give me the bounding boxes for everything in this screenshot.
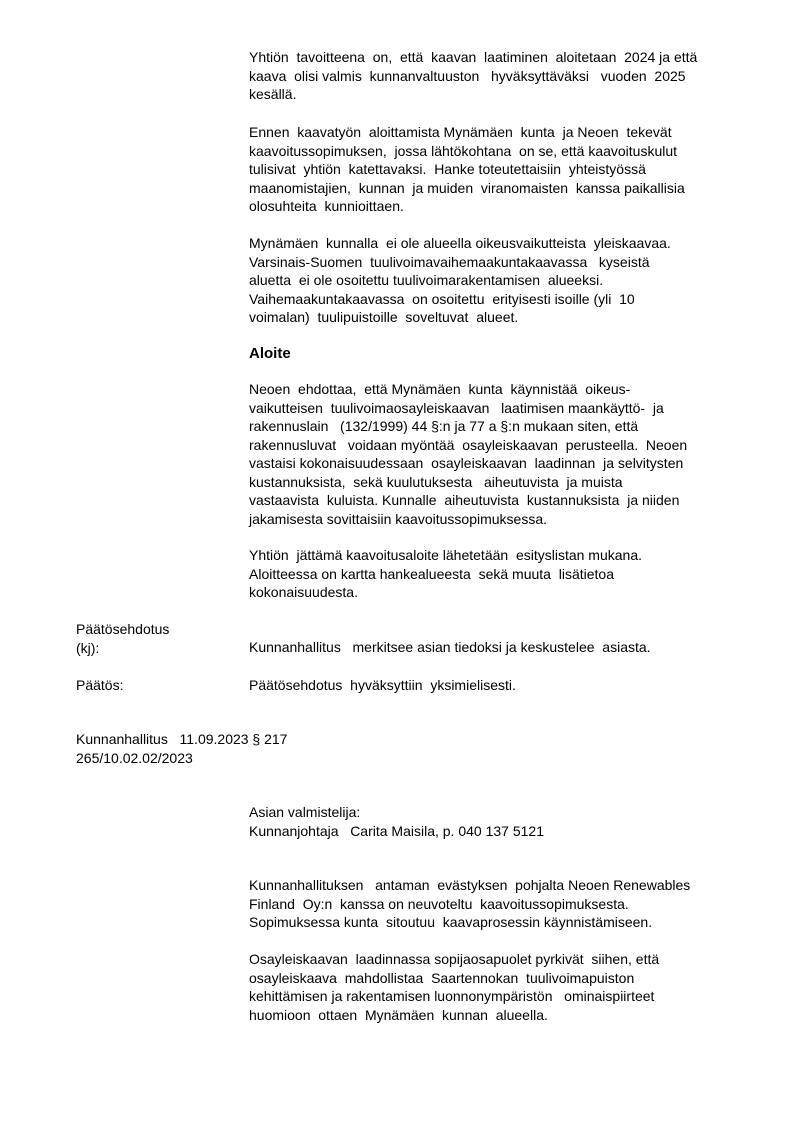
text-line: vastaisi kokonaisuudessaan osayleiskaava… bbox=[249, 454, 749, 473]
text-line: Finland Oy:n kanssa on neuvoteltu kaavoi… bbox=[249, 895, 749, 914]
paragraph-attachment: Yhtiön jättämä kaavoitusaloite lähetetää… bbox=[249, 546, 749, 602]
text-line: jakamisesta sovittaisiin kaavoitussopimu… bbox=[249, 510, 749, 529]
text-line: Yhtiön tavoitteena on, että kaavan laati… bbox=[249, 48, 749, 67]
decision-proposal-label: Päätösehdotus (kj): bbox=[76, 620, 169, 657]
decision-value: Päätösehdotus hyväksyttiin yksimielisest… bbox=[249, 676, 516, 695]
text-line: osayleiskaava mahdollistaa Saartennokan … bbox=[249, 969, 749, 988]
text-line: Neoen ehdottaa, että Mynämäen kunta käyn… bbox=[249, 380, 749, 399]
text-line: kaava olisi valmis kunnanvaltuuston hyvä… bbox=[249, 67, 749, 86]
text-line: Mynämäen kunnalla ei ole alueella oikeus… bbox=[249, 234, 749, 253]
label-line: (kj): bbox=[76, 639, 169, 658]
paragraph-objectives: Osayleiskaavan laadinnassa sopijaosapuol… bbox=[249, 950, 749, 1024]
text-line: Varsinais-Suomen tuulivoimavaihemaakunta… bbox=[249, 253, 749, 272]
text-line: voimalan) tuulipuistoille soveltuvat alu… bbox=[249, 308, 749, 327]
text-line: Kunnanhallituksen antaman evästyksen poh… bbox=[249, 876, 749, 895]
text-line: Yhtiön jättämä kaavoitusaloite lähetetää… bbox=[249, 546, 749, 565]
meeting-date-line: Kunnanhallitus 11.09.2023 § 217 bbox=[76, 730, 287, 749]
meeting-reference: Kunnanhallitus 11.09.2023 § 217 265/10.0… bbox=[76, 730, 287, 767]
text-line: tulisivat yhtiön katettavaksi. Hanke tot… bbox=[249, 160, 749, 179]
text-line: aluetta ei ole osoitettu tuulivoimaraken… bbox=[249, 271, 749, 290]
paragraph-schedule: Yhtiön tavoitteena on, että kaavan laati… bbox=[249, 48, 749, 104]
paragraph-initiative: Neoen ehdottaa, että Mynämäen kunta käyn… bbox=[249, 380, 749, 528]
text-line: rakennuslain (132/1999) 44 §:n ja 77 a §… bbox=[249, 417, 749, 436]
text-line: Vaihemaakuntakaavassa on osoitettu erity… bbox=[249, 290, 749, 309]
text-line: kehittämisen ja rakentamisen luonnonympä… bbox=[249, 987, 749, 1006]
text-line: olosuhteita kunnioittaen. bbox=[249, 197, 749, 216]
text-line: vastaavista kuluista. Kunnalle aiheutuvi… bbox=[249, 491, 749, 510]
text-line: Ennen kaavatyön aloittamista Mynämäen ku… bbox=[249, 123, 749, 142]
text-line: kesällä. bbox=[249, 85, 749, 104]
section-heading-aloite: Aloite bbox=[249, 345, 291, 362]
text-line: Aloitteessa on kartta hankealueesta sekä… bbox=[249, 565, 749, 584]
text-line: maanomistajien, kunnan ja muiden viranom… bbox=[249, 179, 749, 198]
preparer-value: Kunnanjohtaja Carita Maisila, p. 040 137… bbox=[249, 822, 749, 841]
document-page: Yhtiön tavoitteena on, että kaavan laati… bbox=[0, 0, 794, 1122]
text-line: vaikutteisen tuulivoimaosayleiskaavan la… bbox=[249, 399, 749, 418]
text-line: rakennusluvat voidaan myöntää osayleiska… bbox=[249, 436, 749, 455]
record-number-line: 265/10.02.02/2023 bbox=[76, 749, 287, 768]
text-line: Osayleiskaavan laadinnassa sopijaosapuol… bbox=[249, 950, 749, 969]
text-line: kokonaisuudesta. bbox=[249, 583, 749, 602]
decision-proposal-value: Kunnanhallitus merkitsee asian tiedoksi … bbox=[249, 638, 651, 657]
text-line: kustannuksista, sekä kuulutuksesta aiheu… bbox=[249, 473, 749, 492]
decision-label: Päätös: bbox=[76, 676, 123, 695]
paragraph-agreement: Ennen kaavatyön aloittamista Mynämäen ku… bbox=[249, 123, 749, 216]
text-line: Sopimuksessa kunta sitoutuu kaavaprosess… bbox=[249, 913, 749, 932]
text-line: kaavoitussopimuksen, jossa lähtökohtana … bbox=[249, 142, 749, 161]
paragraph-zoning-status: Mynämäen kunnalla ei ole alueella oikeus… bbox=[249, 234, 749, 327]
preparer-label: Asian valmistelija: bbox=[249, 803, 749, 822]
text-line: huomioon ottaen Mynämäen kunnan alueella… bbox=[249, 1006, 749, 1025]
label-line: Päätösehdotus bbox=[76, 620, 169, 639]
paragraph-negotiation: Kunnanhallituksen antaman evästyksen poh… bbox=[249, 876, 749, 932]
preparer-block: Asian valmistelija: Kunnanjohtaja Carita… bbox=[249, 803, 749, 840]
